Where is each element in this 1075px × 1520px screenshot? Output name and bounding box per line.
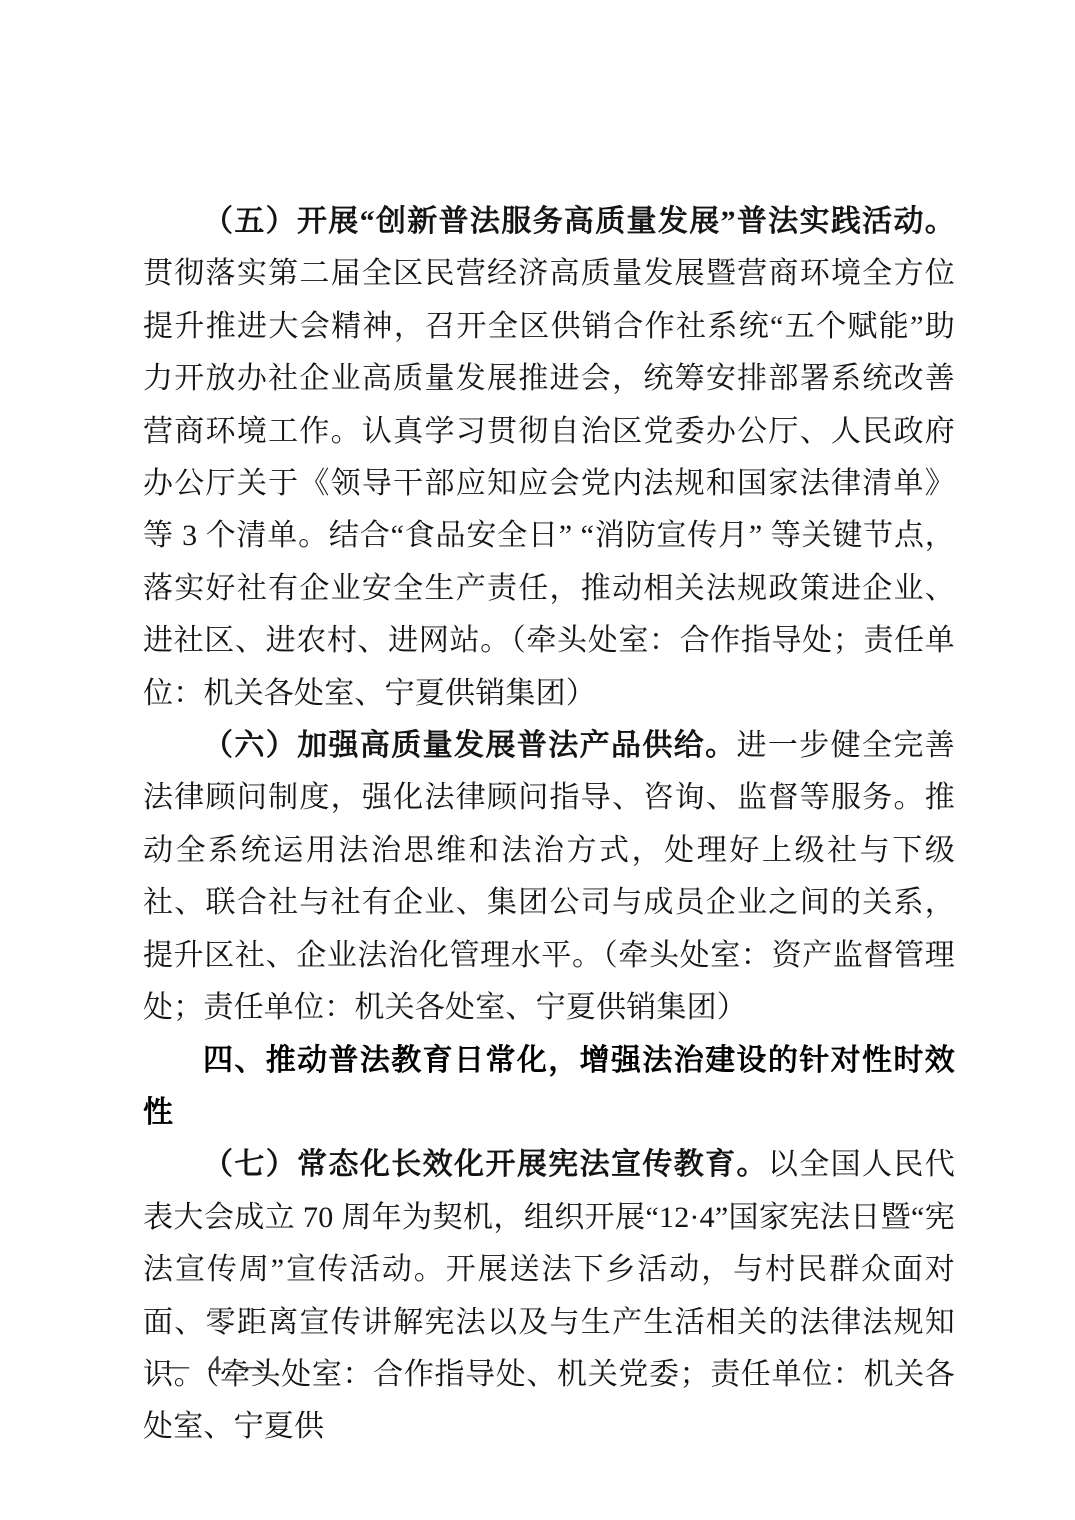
paragraph-5-lead: （五）开展“创新普法服务高质量发展”普法实践活动。 [203,205,955,238]
paragraph-7-lead: （七）常态化长效化开展宪法宣传教育。 [203,1148,768,1181]
paragraph-7-text: 以全国人民代表大会成立 70 周年为契机，组织开展“12·4”国家宪法日暨“宪法… [143,1148,955,1443]
paragraph-6-text: 进一步健全完善法律顾问制度，强化法律顾问指导、咨询、监督等服务。推动全系统运用法… [143,729,955,1024]
paragraph-item-5: （五）开展“创新普法服务高质量发展”普法实践活动。贯彻落实第二届全区民营经济高质… [143,196,955,720]
paragraph-6-lead: （六）加强高质量发展普法产品供给。 [203,729,737,762]
paragraph-item-7: （七）常态化长效化开展宪法宣传教育。以全国人民代表大会成立 70 周年为契机，组… [143,1139,955,1453]
paragraph-5-text: 贯彻落实第二届全区民营经济高质量发展暨营商环境全方位提升推进大会精神，召开全区供… [143,257,955,709]
paragraph-item-6: （六）加强高质量发展普法产品供给。进一步健全完善法律顾问制度，强化法律顾问指导、… [143,720,955,1034]
document-page: （五）开展“创新普法服务高质量发展”普法实践活动。贯彻落实第二届全区民营经济高质… [0,0,1075,1520]
document-body: （五）开展“创新普法服务高质量发展”普法实践活动。贯彻落实第二届全区民营经济高质… [143,196,955,1454]
page-number: — 4 — [162,1348,273,1382]
section-heading: 四、推动普法教育日常化，增强法治建设的针对性时效性 [143,1035,955,1140]
